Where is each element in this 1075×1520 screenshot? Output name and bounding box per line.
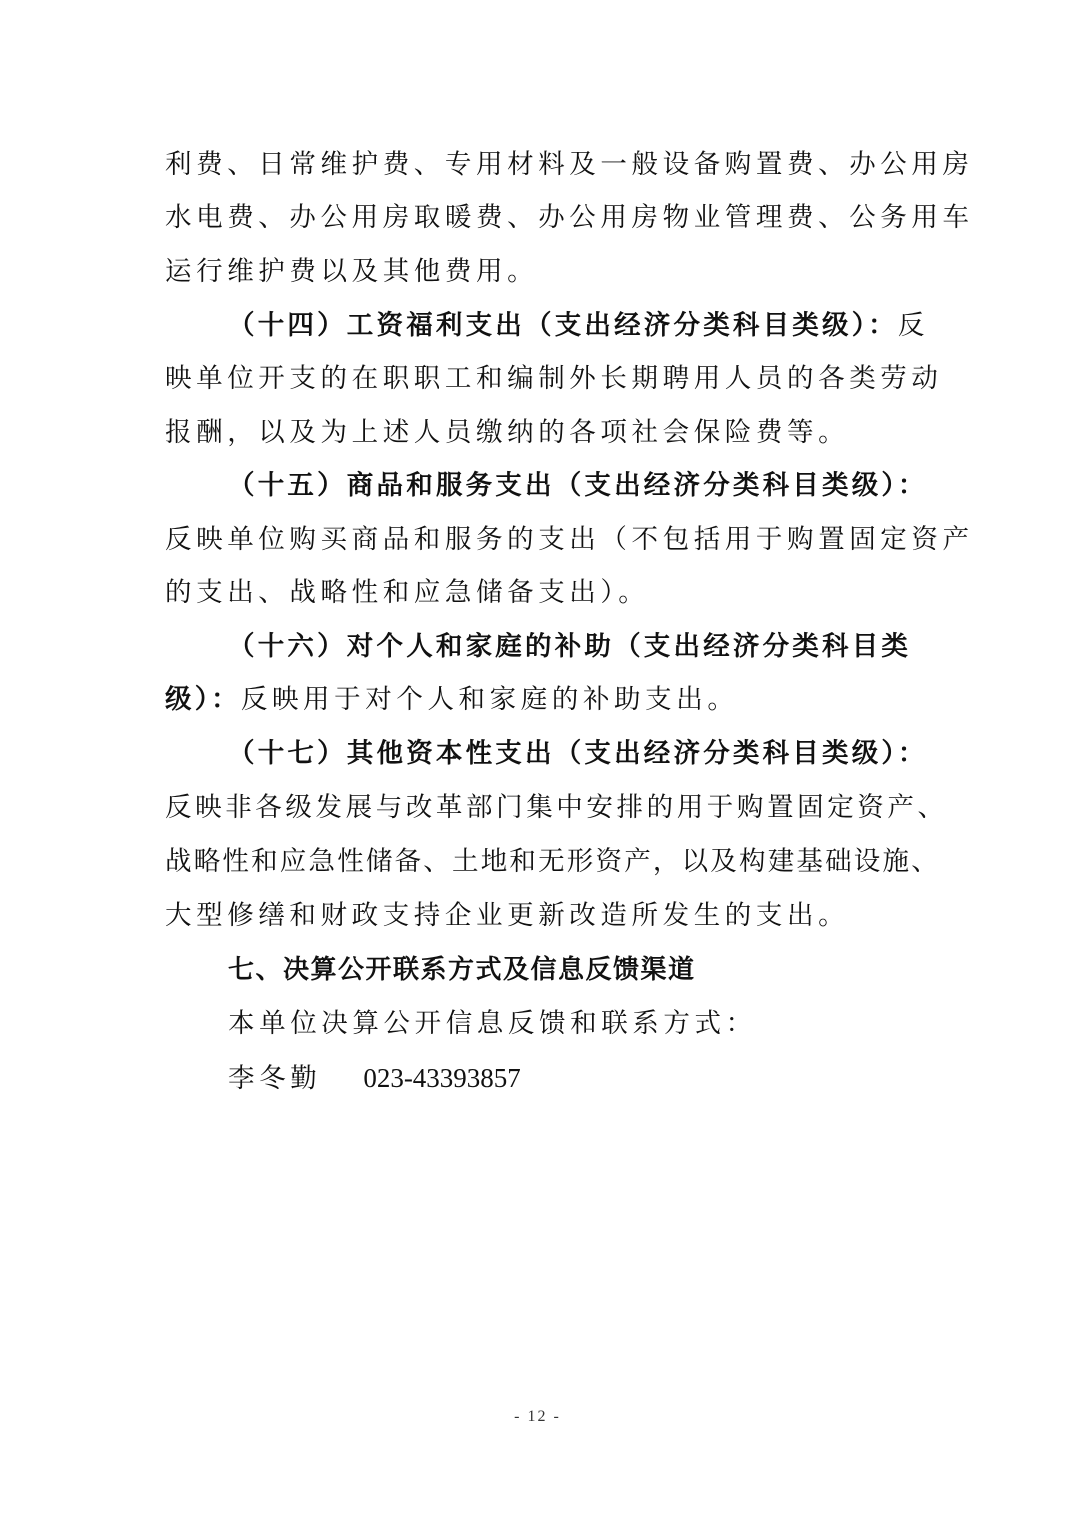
paragraph-line: 报酬，以及为上述人员缴纳的各项社会保险费等。 bbox=[165, 413, 925, 453]
section-16-line: 级）：反映用于对个人和家庭的补助支出。 bbox=[165, 680, 925, 720]
document-page: 利费、日常维护费、专用材料及一般设备购置费、办公用房 水电费、办公用房取暖费、办… bbox=[0, 0, 1075, 1520]
contact-line: 李冬勤023-43393857 bbox=[228, 1058, 988, 1099]
contact-phone: 023-43393857 bbox=[363, 1063, 521, 1093]
section-15-title: （十五）商品和服务支出（支出经济分类科目类级）： bbox=[228, 466, 988, 506]
paragraph-line: 战略性和应急性储备、土地和无形资产，以及构建基础设施、 bbox=[165, 842, 925, 882]
paragraph-line: 大型修缮和财政支持企业更新改造所发生的支出。 bbox=[165, 896, 925, 936]
paragraph-line: 的支出、战略性和应急储备支出）。 bbox=[165, 573, 925, 613]
page-number: - 12 - bbox=[0, 1408, 1075, 1426]
paragraph-line: 映单位开支的在职职工和编制外长期聘用人员的各类劳动 bbox=[165, 359, 925, 399]
paragraph-line: 水电费、办公用房取暖费、办公用房物业管理费、公务用车 bbox=[165, 198, 925, 238]
section-16-title-cont: 级）： bbox=[165, 684, 241, 715]
paragraph-line: 运行维护费以及其他费用。 bbox=[165, 252, 925, 292]
section-14-title-tail: 反 bbox=[898, 310, 929, 341]
paragraph-line: 反映非各级发展与改革部门集中安排的用于购置固定资产、 bbox=[165, 788, 925, 828]
chapter-heading: 七、决算公开联系方式及信息反馈渠道 bbox=[228, 950, 988, 990]
section-16-body: 反映用于对个人和家庭的补助支出。 bbox=[241, 684, 739, 715]
contact-intro: 本单位决算公开信息反馈和联系方式： bbox=[228, 1004, 988, 1044]
section-17-title: （十七）其他资本性支出（支出经济分类科目类级）： bbox=[228, 734, 988, 774]
section-14-heading-line: （十四）工资福利支出（支出经济分类科目类级）：反 bbox=[228, 306, 988, 346]
contact-name: 李冬勤 bbox=[228, 1063, 321, 1094]
paragraph-line: 利费、日常维护费、专用材料及一般设备购置费、办公用房 bbox=[165, 145, 925, 185]
section-16-title: （十六）对个人和家庭的补助（支出经济分类科目类 bbox=[228, 627, 988, 667]
paragraph-line: 反映单位购买商品和服务的支出（不包括用于购置固定资产 bbox=[165, 520, 925, 560]
section-14-title: （十四）工资福利支出（支出经济分类科目类级）： bbox=[228, 310, 898, 341]
